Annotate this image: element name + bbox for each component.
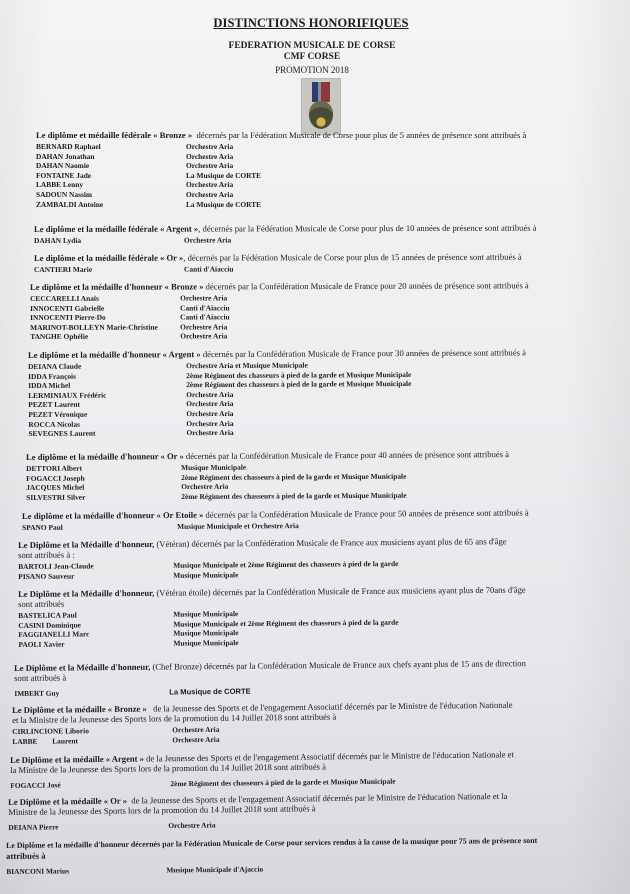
recipient-list: CANTIERI MarieCanti d'Aiacciu [34, 264, 522, 275]
recipient-name: SILVESTRI Silver [26, 492, 85, 501]
recipient-organization: Musique Municipale [181, 463, 246, 472]
distinction-section: Le Diplôme et la médaille « Or » de la J… [8, 791, 508, 833]
distinction-section: Le diplôme et la médaille d'honneur « Or… [26, 449, 509, 502]
recipient-organization: Canti d'Aiacciu [180, 312, 230, 321]
recipient-list: SPANO PaulMusique Municipale et Orchestr… [22, 519, 529, 532]
recipient-organization: Orchestre Aria [184, 235, 231, 244]
recipient-list: BERNARD RaphaelOrchestre AriaDAHAN Jonat… [36, 142, 526, 209]
recipient-name: FOGACCI Joseph [26, 473, 85, 482]
section-intro: Le diplôme et la médaille d'honneur « Ar… [28, 347, 526, 360]
recipient-list: CECCARELLI AnaïsOrchestre AriaINNOCENTI … [30, 292, 529, 342]
recipient-name: FOGACCI José [10, 780, 60, 790]
recipient-name: TANGHE Ophélie [30, 332, 88, 341]
recipient-name: CECCARELLI Anaïs [30, 294, 99, 303]
award-name: Le diplôme et la médaille d'honneur « Ar… [28, 349, 201, 360]
section-intro: Le diplôme et la médaille fédérale « Arg… [34, 223, 537, 234]
recipient-organization: Orchestre Aria [180, 293, 227, 302]
recipient-organization: La Musique de CORTE [186, 200, 261, 209]
recipient-organization: Orchestre Aria [186, 190, 233, 199]
recipient-name: SEVEGNES Laurent [28, 429, 95, 438]
recipient-organization: 2ème Régiment des chasseurs à pied de la… [186, 379, 411, 389]
recipient-name: BERNARD Raphael [36, 142, 101, 151]
section-intro: Le diplôme et la médaille fédérale « Or … [34, 252, 522, 263]
recipient-organization: La Musique de CORTE [186, 171, 261, 180]
recipient-organization: Orchestre Aria [180, 332, 227, 341]
distinction-section: Le diplôme et la médaille fédérale « Or … [34, 252, 522, 275]
distinction-section: Le diplôme et la médaille d'honneur « Or… [22, 507, 529, 532]
recipient-row: LABBE LennyOrchestre Aria [36, 180, 526, 190]
recipient-list: IMBERT GuyLa Musique de CORTE [14, 684, 526, 699]
recipient-row: BERNARD RaphaelOrchestre Aria [36, 142, 526, 152]
recipient-organization: Orchestre Aria et Musique Municipale [186, 361, 308, 371]
award-name: Le Diplôme et la Médaille d'honneur, [14, 662, 150, 673]
recipient-name: LABBE Lenny [36, 180, 83, 189]
recipient-organization: Orchestre Aria [172, 725, 219, 734]
section-intro: Le diplôme et la médaille d'honneur « Or… [22, 507, 529, 521]
recipient-organization: Orchestre Aria [168, 820, 215, 830]
recipient-name: INNOCENTI Pierre-Do [30, 313, 106, 322]
recipient-name: MARINOT-BOLLEYN Marie-Christine [30, 322, 158, 331]
recipient-name: CIRLINCIONE Liborio [12, 726, 89, 736]
recipient-organization: Musique Municipale [173, 570, 238, 580]
recipient-name: CASINI Dominique [18, 620, 81, 630]
recipient-name: DETTORI Albert [26, 464, 82, 473]
recipient-organization: Musique Municipale [173, 609, 238, 619]
award-description: , décernés par la Fédération Musicale de… [198, 223, 536, 234]
recipient-row: SEVEGNES LaurentOrchestre Aria [28, 427, 526, 439]
award-name: Le diplôme et la médaille fédérale « Arg… [34, 224, 198, 234]
recipient-list: DAHAN LydiaOrchestre Aria [34, 235, 537, 246]
recipient-name: ZAMBALDI Antoine [36, 200, 103, 209]
recipient-organization: Canti d'Aiacciu [184, 264, 234, 273]
recipient-organization: Musique Municipale d'Ajaccio [166, 865, 263, 875]
recipient-organization: Canti d'Aiacciu [180, 303, 230, 312]
recipient-name: DAHAN Lydia [34, 236, 81, 245]
recipient-name: BARTOLI Jean-Claude [18, 561, 93, 571]
recipient-name: SPANO Paul [22, 523, 63, 532]
recipient-organization: 2ème Régiment des chasseurs à pied de la… [186, 370, 411, 380]
recipient-name: PISANO Sauveur [18, 571, 74, 580]
recipient-row: BIANCONI MariusMusique Municipale d'Ajac… [6, 862, 537, 877]
recipient-organization: Orchestre Aria [186, 409, 233, 418]
recipient-list: CIRLINCIONE LiborioOrchestre AriaLABBE L… [12, 722, 513, 746]
recipient-list: BARTOLI Jean-ClaudeMusique Municipale et… [18, 558, 507, 581]
recipient-organization: Orchestre Aria [186, 428, 233, 437]
section-intro: Le diplôme et médaille fédérale « Bronze… [36, 130, 526, 140]
distinction-section: Le Diplôme et la Médaille d'honneur, (Vé… [18, 536, 507, 581]
recipient-organization: Musique Municipale et Orchestre Aria [177, 521, 299, 531]
recipient-name: JACQUES Michel [26, 483, 84, 492]
award-name: Le diplôme et la médaille d'honneur « Or… [22, 510, 203, 521]
award-description: décernés par la Confédération Musicale d… [201, 347, 526, 359]
recipient-name: DAHAN Jonathan [36, 152, 95, 161]
distinction-section: Le Diplôme et la médaille d'honneur déce… [6, 835, 538, 877]
recipient-row: DAHAN JonathanOrchestre Aria [36, 152, 526, 162]
award-name: Le diplôme et la médaille d'honneur « Or… [26, 451, 184, 462]
recipient-name: PEZET Véronique [28, 410, 87, 419]
award-name: Le diplôme et la médaille fédérale « Or … [34, 253, 183, 263]
recipient-name: BASTELICA Paul [18, 610, 77, 620]
recipient-row: FONTAINE JadeLa Musique de CORTE [36, 171, 526, 181]
award-name: Le diplôme et la médaille d'honneur « Br… [30, 281, 204, 292]
recipient-list: DETTORI AlbertMusique MunicipaleFOGACCI … [26, 461, 509, 502]
distinction-section: Le diplôme et la médaille d'honneur « Ar… [28, 347, 526, 438]
recipient-organization: Orchestre Aria [186, 142, 233, 151]
recipient-row: TANGHE OphélieOrchestre Aria [30, 331, 529, 342]
recipient-name: INNOCENTI Gabrielle [30, 303, 104, 312]
recipient-name: CANTIERI Marie [34, 265, 92, 274]
recipient-organization: Orchestre Aria [181, 482, 228, 491]
recipient-organization: Orchestre Aria [186, 180, 233, 189]
recipient-row: SADOUN NassimOrchestre Aria [36, 190, 526, 200]
recipient-organization: Orchestre Aria [172, 734, 219, 743]
award-description: décernés par la Confédération Musicale d… [203, 280, 528, 291]
distinction-section: Le Diplôme et la Médaille d'honneur, (Vé… [18, 585, 526, 650]
recipient-name: FAGGIANELLI Marc [18, 630, 89, 640]
recipient-name: PEZET Laurent [28, 400, 80, 409]
recipient-name: SADOUN Nassim [36, 190, 92, 199]
award-name: Le Diplôme et la Médaille d'honneur, [18, 588, 154, 599]
distinction-section: Le Diplôme et la médaille « Argent » de … [10, 749, 514, 790]
recipient-organization: Orchestre Aria [186, 399, 233, 408]
recipient-organization: Orchestre Aria [186, 152, 233, 161]
recipient-name: LABBE Laurent [12, 736, 78, 746]
recipient-row: DAHAN NaomieOrchestre Aria [36, 161, 526, 171]
recipient-list: BASTELICA PaulMusique MunicipaleCASINI D… [18, 607, 526, 650]
recipient-organization: Orchestre Aria [180, 322, 227, 331]
distinctions-list: Le diplôme et médaille fédérale « Bronze… [0, 0, 630, 894]
recipient-row: ZAMBALDI AntoineLa Musique de CORTE [36, 200, 526, 210]
recipient-organization: 2ème Régiment des chasseurs à pied de la… [181, 490, 406, 500]
award-name: Le diplôme et médaille fédérale « Bronze… [36, 130, 192, 140]
recipient-row: SPANO PaulMusique Municipale et Orchestr… [22, 519, 529, 532]
recipient-row: FOGACCI José2ème Régiment des chasseurs … [10, 775, 514, 790]
recipient-organization: Musique Municipale [173, 638, 238, 648]
distinction-section: Le Diplôme et la Médaille d'honneur, (Ch… [14, 658, 526, 699]
recipient-name: PAOLI Xavier [18, 639, 64, 648]
recipient-organization: La Musique de CORTE [169, 687, 251, 697]
recipient-name: IMBERT Guy [14, 689, 59, 698]
award-name: Le Diplôme et la Médaille d'honneur, [18, 539, 154, 550]
document-page: DISTINCTIONS HONORIFIQUES FEDERATION MUS… [0, 0, 630, 894]
recipient-organization: 2ème Régiment des chasseurs à pied de la… [170, 777, 395, 789]
section-intro: Le diplôme et la médaille d'honneur « Or… [26, 449, 509, 462]
section-intro: Le diplôme et la médaille d'honneur « Br… [30, 280, 529, 292]
recipient-list: DEIANA PierreOrchestre Aria [8, 817, 507, 833]
recipient-organization: Orchestre Aria [186, 390, 233, 399]
recipient-organization: Musique Municipale [173, 628, 238, 638]
recipient-list: BIANCONI MariusMusique Municipale d'Ajac… [6, 862, 537, 877]
recipient-organization: Orchestre Aria [186, 418, 233, 427]
recipient-name: DAHAN Naomie [36, 161, 89, 170]
recipient-name: FONTAINE Jade [36, 171, 91, 180]
recipient-name: BIANCONI Marius [6, 866, 69, 876]
recipient-organization: Orchestre Aria [186, 161, 233, 170]
award-description: décernés par la Confédération Musicale d… [203, 507, 528, 519]
distinction-section: Le diplôme et la médaille d'honneur « Br… [30, 280, 529, 342]
recipient-name: ROCCA Nicolas [28, 419, 80, 428]
distinction-section: Le diplôme et médaille fédérale « Bronze… [36, 130, 526, 209]
recipient-name: LERMINIAUX Frédéric [28, 390, 106, 399]
recipient-row: SILVESTRI Silver2ème Régiment des chasse… [26, 490, 509, 503]
recipient-row: CANTIERI MarieCanti d'Aiacciu [34, 264, 522, 275]
recipient-row: DEIANA PierreOrchestre Aria [8, 817, 507, 833]
recipient-name: IDDA François [28, 371, 76, 380]
distinction-section: Le Diplôme et la médaille « Bronze » de … [12, 700, 513, 746]
recipient-list: DEIANA ClaudeOrchestre Aria et Musique M… [28, 359, 526, 438]
award-description: décernés par la Fédération Musicale de C… [192, 130, 526, 140]
award-description: , décernés par la Fédération Musicale de… [183, 252, 521, 263]
recipient-name: DEIANA Pierre [8, 822, 58, 832]
recipient-row: DAHAN LydiaOrchestre Aria [34, 235, 537, 246]
distinction-section: Le diplôme et la médaille fédérale « Arg… [34, 223, 537, 246]
recipient-list: FOGACCI José2ème Régiment des chasseurs … [10, 775, 514, 790]
recipient-row: IMBERT GuyLa Musique de CORTE [14, 684, 526, 699]
recipient-name: DEIANA Claude [28, 362, 81, 371]
award-description: décernés par la Confédération Musicale d… [184, 449, 509, 461]
recipient-name: IDDA Michel [28, 381, 70, 390]
